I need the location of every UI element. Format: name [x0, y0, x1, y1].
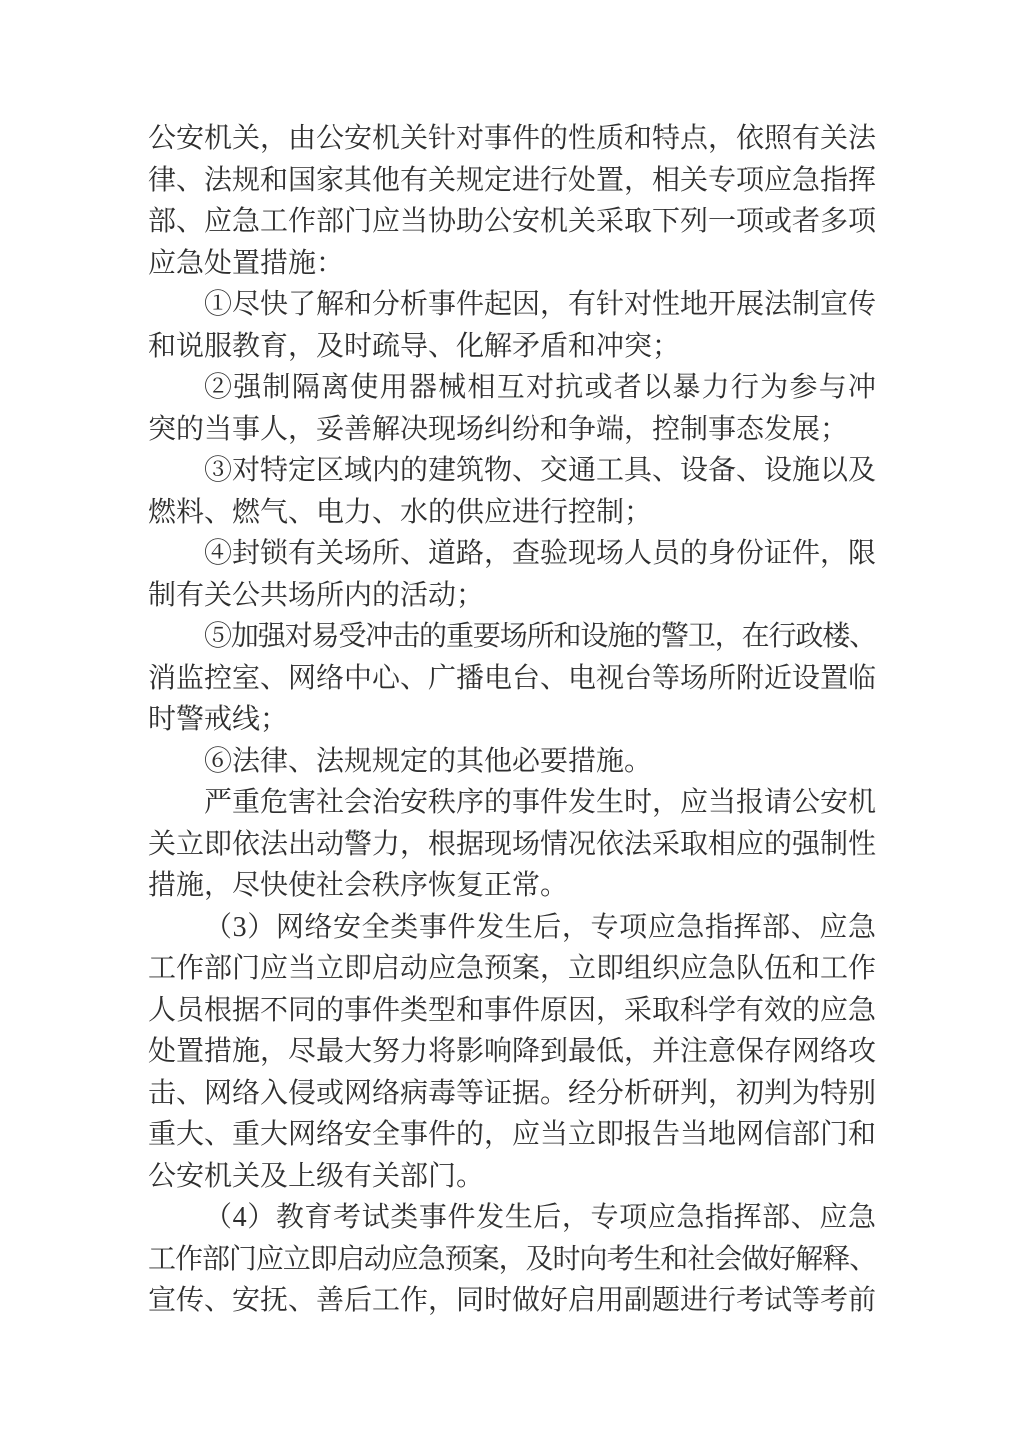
- text-line: 应急处置措施：: [148, 243, 876, 285]
- text-line: 击、网络入侵或网络病毒等证据。经分析研判，初判为特别: [148, 1073, 876, 1115]
- text-line: 公安机关，由公安机关针对事件的性质和特点，依照有关法: [148, 118, 876, 160]
- text-line: 制有关公共场所内的活动；: [148, 575, 876, 617]
- text-line: ④封锁有关场所、道路，查验现场人员的身份证件，限: [148, 533, 876, 575]
- text-line: 燃料、燃气、电力、水的供应进行控制；: [148, 492, 876, 534]
- text-line: ②强制隔离使用器械相互对抗或者以暴力行为参与冲: [148, 367, 876, 409]
- text-line: 和说服教育，及时疏导、化解矛盾和冲突；: [148, 326, 876, 368]
- text-line: 关立即依法出动警力，根据现场情况依法采取相应的强制性: [148, 824, 876, 866]
- text-line: 宣传、安抚、善后工作，同时做好启用副题进行考试等考前: [148, 1280, 876, 1322]
- text-line: 处置措施，尽最大努力将影响降到最低，并注意保存网络攻: [148, 1031, 876, 1073]
- text-line: 部、应急工作部门应当协助公安机关采取下列一项或者多项: [148, 201, 876, 243]
- text-line: ⑤加强对易受冲击的重要场所和设施的警卫，在行政楼、: [148, 616, 876, 658]
- text-line: （3）网络安全类事件发生后，专项应急指挥部、应急: [148, 907, 876, 949]
- text-line: 人员根据不同的事件类型和事件原因，采取科学有效的应急: [148, 990, 876, 1032]
- text-line: 时警戒线；: [148, 699, 876, 741]
- text-line: ①尽快了解和分析事件起因，有针对性地开展法制宣传: [148, 284, 876, 326]
- text-line: 公安机关及上级有关部门。: [148, 1156, 876, 1198]
- text-line: 重大、重大网络安全事件的，应当立即报告当地网信部门和: [148, 1114, 876, 1156]
- document-page: 公安机关，由公安机关针对事件的性质和特点，依照有关法 律、法规和国家其他有关规定…: [0, 0, 1024, 1448]
- text-line: 严重危害社会治安秩序的事件发生时，应当报请公安机: [148, 782, 876, 824]
- text-line: ⑥法律、法规规定的其他必要措施。: [148, 741, 876, 783]
- document-text: 公安机关，由公安机关针对事件的性质和特点，依照有关法 律、法规和国家其他有关规定…: [148, 118, 876, 1322]
- text-line: 措施，尽快使社会秩序恢复正常。: [148, 865, 876, 907]
- text-line: （4）教育考试类事件发生后，专项应急指挥部、应急: [148, 1197, 876, 1239]
- text-line: 突的当事人，妥善解决现场纠纷和争端，控制事态发展；: [148, 409, 876, 451]
- text-line: 工作部门应立即启动应急预案，及时向考生和社会做好解释、: [148, 1239, 876, 1281]
- text-line: ③对特定区域内的建筑物、交通工具、设备、设施以及: [148, 450, 876, 492]
- text-line: 消监控室、网络中心、广播电台、电视台等场所附近设置临: [148, 658, 876, 700]
- text-line: 律、法规和国家其他有关规定进行处置，相关专项应急指挥: [148, 160, 876, 202]
- text-line: 工作部门应当立即启动应急预案，立即组织应急队伍和工作: [148, 948, 876, 990]
